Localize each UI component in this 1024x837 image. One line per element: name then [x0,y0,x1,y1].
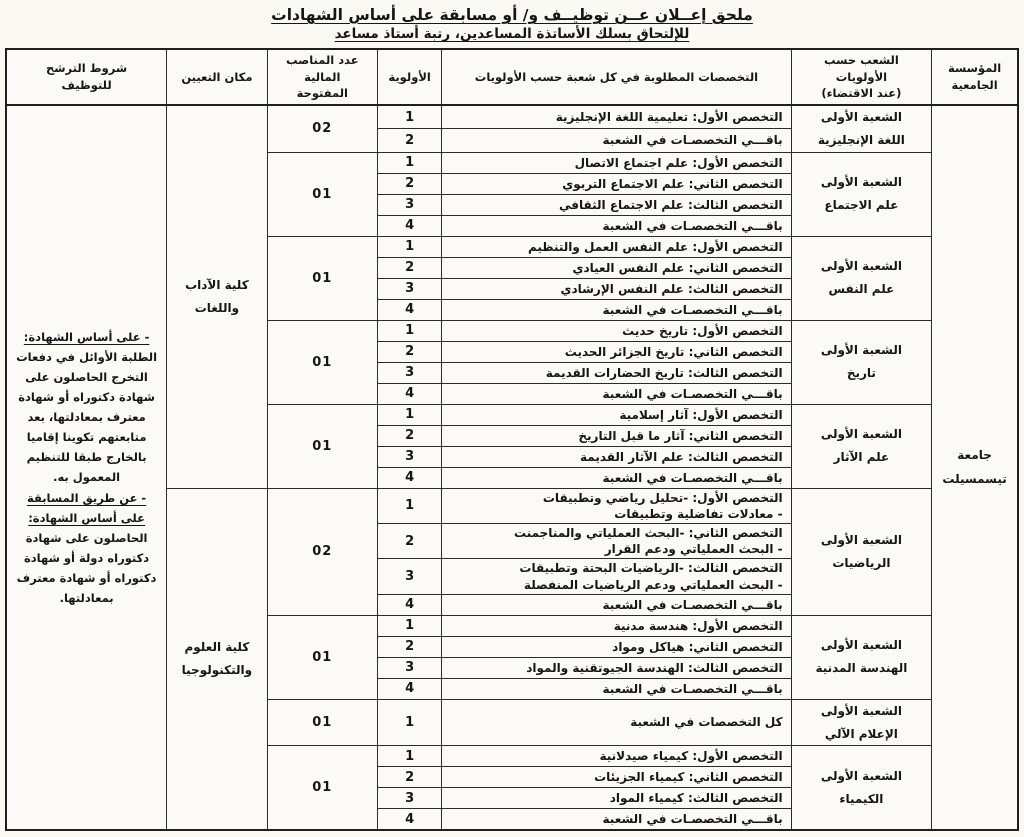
specialization-cell: التخصص الثالث: الهندسة الجيوتقنية والموا… [442,657,791,678]
assignment-location-cell: كلية العلوم والتكنولوجيا [167,488,267,830]
specialization-cell: التخصص الثالث: -الرياضيات البحتة وتطبيقا… [442,559,791,594]
specialization-cell: التخصص الثالث: علم الاجتماع الثقافي [442,194,791,215]
header-branches: الشعب حسب الأولويات (عند الاقتضاء) [791,49,932,105]
table-row: جامعة تيسمسيلتالشعبة الأولى اللغة الإنجل… [6,105,1018,129]
specialization-cell: التخصص الثاني: آثار ما قبل التاريخ [442,425,791,446]
branch-cell: الشعبة الأولى الرياضيات [791,488,932,615]
priority-cell: 4 [378,594,442,615]
priority-cell: 2 [378,425,442,446]
positions-count-cell: 02 [267,105,377,152]
priority-cell: 2 [378,129,442,153]
header-institution: المؤسسة الجامعية [932,49,1018,105]
priority-cell: 1 [378,105,442,129]
specialization-cell: التخصص الثالث: علم الآثار القديمة [442,446,791,467]
header-assignment-location: مكان التعيين [167,49,267,105]
branch-cell: الشعبة الأولى تاريخ [791,320,932,404]
priority-cell: 4 [378,215,442,236]
specialization-cell: التخصص الأول: علم اجتماع الاتصال [442,152,791,173]
specialization-cell: التخصص الثاني: علم النفس العيادي [442,257,791,278]
priority-cell: 4 [378,467,442,488]
positions-count-cell: 02 [267,488,377,615]
branch-cell: الشعبة الأولى علم الآثار [791,404,932,488]
priority-cell: 1 [378,152,442,173]
priority-cell: 2 [378,341,442,362]
branch-cell: الشعبة الأولى اللغة الإنجليزية [791,105,932,152]
priority-cell: 3 [378,194,442,215]
title-line-2: للإلتحاق بسلك الأساتذة المساعدين، رتبة أ… [4,26,1020,42]
specialization-cell: التخصص الثاني: هياكل ومواد [442,636,791,657]
header-positions-count: عدد المناصب المالية المفتوحة [267,49,377,105]
condition-paragraph: - على أساس الشهادة: [13,327,160,347]
branch-cell: الشعبة الأولى الكيمياء [791,746,932,830]
specialization-cell: التخصص الأول: كيمياء صيدلانية [442,746,791,767]
assignment-location-cell: كلية الآداب واللغات [167,105,267,488]
document-page: ملحق إعــلان عــن توظيــف و/ أو مسابقة ع… [0,0,1024,837]
priority-cell: 4 [378,809,442,830]
specialization-cell: باقـــي التخصصـات في الشعبة [442,678,791,699]
branch-cell: الشعبة الأولى الهندسة المدنية [791,615,932,699]
specialization-cell: التخصص الثاني: علم الاجتماع التربوي [442,173,791,194]
priority-cell: 2 [378,636,442,657]
positions-count-cell: 01 [267,320,377,404]
specialization-cell: التخصص الثالث: علم النفس الإرشادي [442,278,791,299]
specialization-cell: باقـــي التخصصـات في الشعبة [442,383,791,404]
priority-cell: 3 [378,362,442,383]
priority-cell: 2 [378,523,442,558]
recruitment-table: المؤسسة الجامعية الشعب حسب الأولويات (عن… [5,48,1019,831]
specialization-cell: باقـــي التخصصـات في الشعبة [442,299,791,320]
specialization-cell: باقـــي التخصصـات في الشعبة [442,215,791,236]
priority-cell: 1 [378,488,442,523]
priority-cell: 4 [378,299,442,320]
specialization-cell: باقـــي التخصصـات في الشعبة [442,809,791,830]
specialization-cell: التخصص الأول: -تحليل رياضي وتطبيقات - مع… [442,488,791,523]
header-candidacy-conditions: شروط الترشح للتوظيف [6,49,167,105]
priority-cell: 4 [378,383,442,404]
condition-paragraph: الحاصلون على شهادة دكتوراه دولة أو شهادة… [13,528,160,609]
specialization-cell: التخصص الأول: هندسة مدنية [442,615,791,636]
priority-cell: 3 [378,788,442,809]
priority-cell: 1 [378,746,442,767]
specialization-cell: التخصص الثاني: كيمياء الجزيئات [442,767,791,788]
priority-cell: 1 [378,320,442,341]
table-header-row: المؤسسة الجامعية الشعب حسب الأولويات (عن… [6,49,1018,105]
priority-cell: 1 [378,404,442,425]
positions-count-cell: 01 [267,746,377,830]
specialization-cell: التخصص الأول: تعليمية اللغة الإنجليزية [442,105,791,129]
priority-cell: 4 [378,678,442,699]
priority-cell: 3 [378,657,442,678]
priority-cell: 1 [378,615,442,636]
branch-cell: الشعبة الأولى علم النفس [791,236,932,320]
specialization-cell: التخصص الثالث: تاريخ الحضارات القديمة [442,362,791,383]
priority-cell: 2 [378,173,442,194]
priority-cell: 1 [378,236,442,257]
priority-cell: 2 [378,257,442,278]
priority-cell: 3 [378,278,442,299]
table-body: جامعة تيسمسيلتالشعبة الأولى اللغة الإنجل… [6,105,1018,830]
header-priority: الأولوية [378,49,442,105]
candidacy-conditions-cell: - على أساس الشهادة:الطلبة الأوائل في دفع… [6,105,167,830]
specialization-cell: باقـــي التخصصـات في الشعبة [442,594,791,615]
specialization-cell: التخصص الأول: تاريخ حديث [442,320,791,341]
specialization-cell: التخصص الأول: علم النفس العمل والتنظيم [442,236,791,257]
header-specializations: التخصصات المطلوبة في كل شعبة حسب الأولوي… [442,49,791,105]
positions-count-cell: 01 [267,152,377,236]
positions-count-cell: 01 [267,404,377,488]
specialization-cell: التخصص الثاني: تاريخ الجزائر الحديث [442,341,791,362]
specialization-cell: كل التخصصات في الشعبة [442,699,791,746]
priority-cell: 3 [378,559,442,594]
document-title-block: ملحق إعــلان عــن توظيــف و/ أو مسابقة ع… [4,4,1020,48]
priority-cell: 2 [378,767,442,788]
condition-paragraph: - عن طريق المسابقة على أساس الشهادة: [13,488,160,528]
priority-cell: 1 [378,699,442,746]
positions-count-cell: 01 [267,615,377,699]
positions-count-cell: 01 [267,699,377,746]
specialization-cell: التخصص الأول: آثار إسلامية [442,404,791,425]
specialization-cell: التخصص الثاني: -البحث العملياتي والمناجم… [442,523,791,558]
condition-paragraph: الطلبة الأوائل في دفعات التخرج الحاصلون … [13,347,160,488]
specialization-cell: التخصص الثالث: كيمياء المواد [442,788,791,809]
specialization-cell: باقـــي التخصصـات في الشعبة [442,467,791,488]
positions-count-cell: 01 [267,236,377,320]
institution-cell: جامعة تيسمسيلت [932,105,1018,830]
branch-cell: الشعبة الأولى الإعلام الآلي [791,699,932,746]
title-line-1: ملحق إعــلان عــن توظيــف و/ أو مسابقة ع… [4,6,1020,24]
specialization-cell: باقـــي التخصصـات في الشعبة [442,129,791,153]
branch-cell: الشعبة الأولى علم الاجتماع [791,152,932,236]
priority-cell: 3 [378,446,442,467]
